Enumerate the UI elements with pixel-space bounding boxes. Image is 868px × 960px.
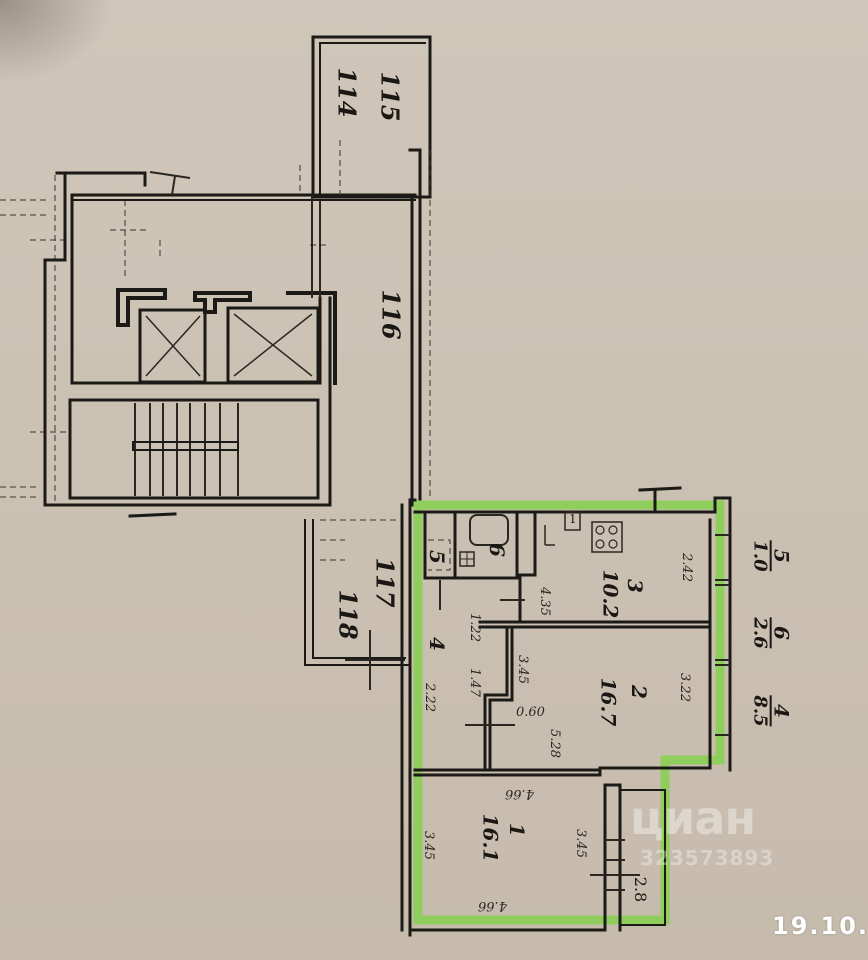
room-3-dim-left: 4.35 xyxy=(537,587,552,616)
room-2-dim-right: 3.22 xyxy=(677,673,692,702)
legend-numerator: 5 xyxy=(770,540,792,571)
legend-denominator: 8.5 xyxy=(750,695,770,726)
legend-numerator: 6 xyxy=(770,617,792,648)
room-4-number: 4 xyxy=(425,637,449,651)
room-3-area: 10.2 xyxy=(598,570,622,619)
legend-fraction-6: 6 2.6 xyxy=(750,617,792,648)
area-label-117: 117 xyxy=(371,557,400,607)
room-3-number: 3 xyxy=(623,579,647,593)
area-label-116: 116 xyxy=(377,289,406,339)
room-3-dim-right: 2.42 xyxy=(679,553,694,582)
balcony-dimension: 2.8 xyxy=(631,877,650,902)
legend-fraction-5: 5 1.0 xyxy=(750,540,792,571)
room-4-dim-2: 2.22 xyxy=(422,683,437,712)
room-1-dim-top: 4.66 xyxy=(505,786,534,801)
room-2-dim-bottom: 5.28 xyxy=(547,729,562,758)
room-1-dim-right: 3.45 xyxy=(573,829,588,858)
room-1-number: 1 xyxy=(505,823,529,837)
room-1-dim-left: 3.45 xyxy=(421,831,436,860)
room-2-number: 2 xyxy=(627,685,651,699)
sink-label: 1 xyxy=(569,512,577,526)
watermark-brand: циан xyxy=(630,795,755,841)
legend-fraction-4: 4 8.5 xyxy=(750,695,792,726)
room-1-area: 16.1 xyxy=(478,814,502,863)
room-2-dim-notch: 0.60 xyxy=(516,705,545,720)
room-2-dim-left: 3.45 xyxy=(515,655,530,684)
room-4-dim-3: 1.47 xyxy=(467,668,482,697)
area-label-114: 114 xyxy=(333,67,362,117)
area-label-115: 115 xyxy=(376,71,405,121)
room-5-number: 5 xyxy=(425,550,449,564)
room-2-area: 16.7 xyxy=(596,678,620,727)
watermark-id: 323573893 xyxy=(640,846,774,870)
room-6-number: 6 xyxy=(485,543,509,557)
room-1-dim-bottom: 4.66 xyxy=(478,898,507,913)
area-label-118: 118 xyxy=(334,589,363,639)
date-stamp: 19.10. xyxy=(772,912,868,940)
legend-denominator: 2.6 xyxy=(750,617,770,648)
legend-numerator: 4 xyxy=(770,695,792,726)
room-4-dim-1: 1.22 xyxy=(467,613,482,642)
legend-denominator: 1.0 xyxy=(750,540,770,571)
building-core xyxy=(0,172,415,516)
